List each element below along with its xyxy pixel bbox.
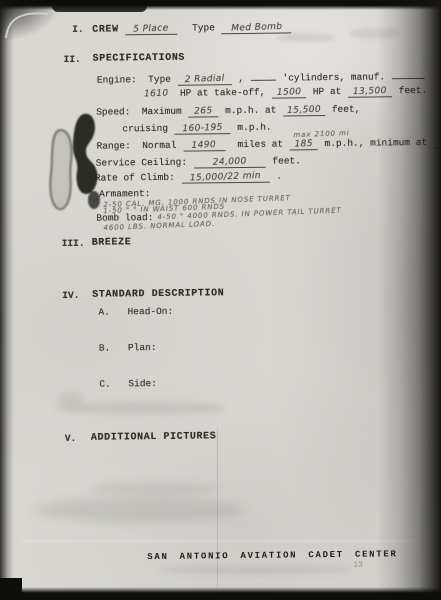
- scanned-document-page: I. CREW 5 Place Type Med Bomb II. SPECIF…: [0, 0, 441, 600]
- speed-altitude-value: 15,500: [287, 105, 321, 117]
- hp-takeoff-value: 1610: [144, 88, 169, 101]
- bomb-load-handwritten: 4600 LBS. NORMAL LOAD.: [103, 219, 215, 232]
- engine-cylinders-label: 'cylinders, manuf.: [282, 71, 385, 83]
- cruising-field: 160-195: [175, 122, 231, 135]
- ink-blot-dark: [73, 114, 97, 194]
- rate-of-climb-line: Rate of Climb: 15,000/22 min .: [95, 171, 282, 185]
- item-letter: C.: [99, 379, 111, 390]
- additional-pictures-numeral: V.: [65, 433, 77, 444]
- engine-type-value: 2 Radial: [185, 74, 225, 86]
- hp-feet-label: feet.: [399, 85, 428, 96]
- range-speed-field: 185: [290, 138, 318, 150]
- crew-value-field: 5 Place: [125, 23, 177, 36]
- hp-altitude-value: 13,500: [353, 86, 387, 98]
- range-normal-value: 1490: [192, 140, 217, 152]
- engine-type-field: 2 Radial: [178, 73, 232, 86]
- section-breeze: III.: [62, 238, 85, 250]
- engine-manuf-field: [392, 67, 425, 79]
- rate-of-climb-field: 15,000/22 min: [181, 171, 269, 184]
- description-item-plan: B. Plan:: [99, 342, 157, 355]
- item-letter: A.: [98, 307, 110, 318]
- range-line: Range: Normal 1490 miles at 185 m.p.h., …: [97, 136, 441, 153]
- corner-curl-mark: [2, 2, 62, 42]
- breeze-heading: BREEZE: [92, 237, 132, 249]
- section-standard-description: IV.: [62, 290, 79, 302]
- cruising-value: 160-195: [182, 123, 223, 136]
- hp-takeoff-label: HP at take-off,: [174, 87, 265, 99]
- speed-max-value: 265: [194, 106, 213, 118]
- specifications-heading: SPECIFICATIONS: [93, 53, 186, 66]
- engine-cylinders-field: [251, 69, 276, 81]
- page-number: 13: [353, 561, 363, 570]
- speed-altitude-field: 15,500: [283, 104, 325, 116]
- description-item-head-on: A. Head-On:: [98, 306, 173, 319]
- range-normal-field: 1490: [183, 139, 225, 151]
- engine-model-label: , model: [431, 70, 441, 82]
- item-letter: B.: [99, 343, 111, 354]
- rate-of-climb-value: 15,000/22 min: [190, 171, 261, 185]
- range-miles-at-label: miles at: [232, 139, 283, 151]
- crew-line: CREW 5 Place Type Med Bomb: [92, 21, 292, 36]
- crew-type-label: Type: [192, 22, 215, 33]
- document-content: I. CREW 5 Place Type Med Bomb II. SPECIF…: [0, 0, 441, 600]
- item-label: Plan:: [128, 342, 157, 353]
- standard-description-heading: STANDARD DESCRIPTION: [92, 288, 224, 301]
- service-ceiling-field: 24,000: [194, 156, 266, 169]
- description-item-side: C. Side:: [99, 378, 157, 391]
- cruising-line: cruising 160-195 m.p.h.: [122, 122, 271, 136]
- breeze-numeral: III.: [62, 238, 85, 249]
- speed-line: Speed: Maximum 265 m.p.h. at 15,500 feet…: [96, 104, 360, 119]
- speed-feet-label: feet,: [332, 104, 361, 115]
- speed-mph-at-label: m.p.h. at: [225, 105, 276, 117]
- service-ceiling-feet-label: feet.: [272, 155, 301, 166]
- standard-description-numeral: IV.: [62, 290, 79, 301]
- range-minimum-field: 185: [434, 136, 441, 148]
- crew-type-value: Med Bomb: [231, 22, 283, 35]
- engine-hp-line: 1610 HP at take-off, 1500 HP at 13,500 f…: [144, 85, 427, 100]
- cruising-mph-label: m.p.h.: [237, 122, 271, 133]
- service-ceiling-value: 24,000: [213, 157, 247, 169]
- speed-max-field: 265: [188, 105, 218, 117]
- additional-pictures-heading: ADDITIONAL PICTURES: [91, 431, 217, 444]
- hp-field: 1500: [272, 86, 306, 98]
- section-specifications: II.: [64, 54, 81, 66]
- ink-blot-small: [88, 191, 100, 209]
- item-label: Side:: [128, 378, 157, 389]
- specifications-numeral: II.: [64, 54, 81, 65]
- crew-value: 5 Place: [134, 23, 170, 35]
- rate-of-climb-period: .: [276, 171, 282, 182]
- section-crew: I.: [72, 24, 84, 36]
- service-ceiling-line: Service Ceiling: 24,000 feet.: [96, 155, 301, 169]
- hp-at-label: HP at: [313, 86, 342, 97]
- section-additional-pictures: V.: [65, 433, 77, 445]
- engine-line: Engine: Type 2 Radial , 'cylinders, manu…: [97, 66, 441, 87]
- ink-blots: [46, 104, 110, 236]
- cruising-label: cruising: [122, 123, 168, 135]
- crew-type-field: Med Bomb: [222, 21, 292, 34]
- range-speed-value: 185: [294, 139, 313, 151]
- hp-altitude-field: 13,500: [348, 85, 392, 97]
- hp-value: 1500: [277, 87, 302, 99]
- engine-sep: ,: [238, 73, 244, 84]
- ink-blot-outline: [50, 130, 71, 209]
- bomb-load-value: 4600 LBS. NORMAL LOAD.: [103, 218, 215, 234]
- item-label: Head-On:: [128, 306, 174, 318]
- crew-label: CREW: [92, 24, 119, 35]
- crew-numeral: I.: [72, 24, 84, 35]
- range-minimum-label: m.p.h., minimum at: [324, 137, 427, 149]
- engine-label: Engine: Type: [97, 74, 171, 86]
